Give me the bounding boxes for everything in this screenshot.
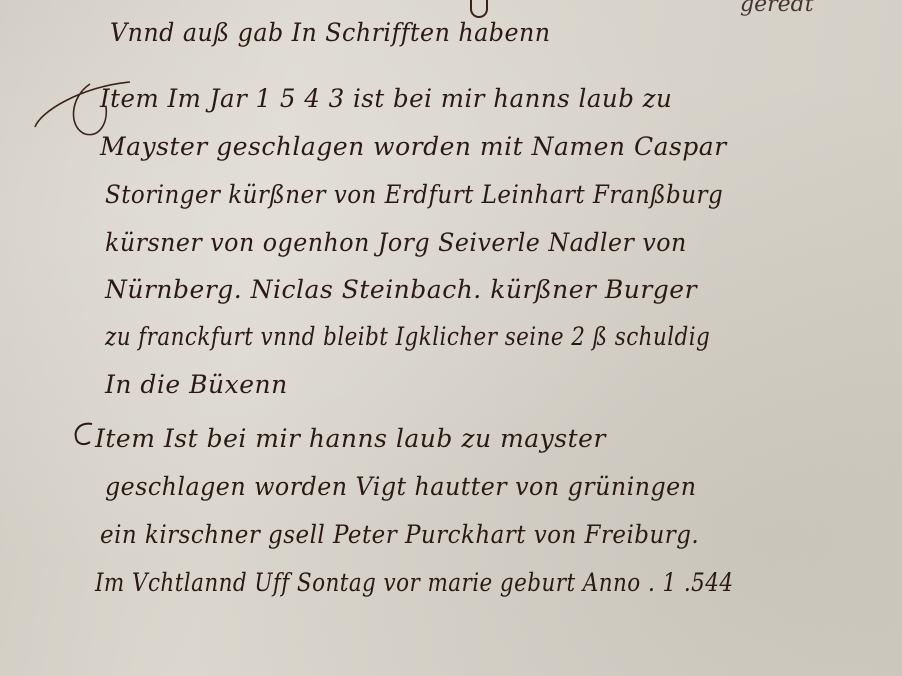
manuscript-line-10: geschlagen worden Vigt hautter von grüni… <box>105 472 696 501</box>
manuscript-line-2: Item Im Jar 1 5 4 3 ist bei mir hanns la… <box>100 84 672 113</box>
manuscript-line-9: Item Ist bei mir hanns laub zu mayster <box>95 424 606 453</box>
top-cutoff-word: geredt <box>740 0 814 17</box>
manuscript-line-8: In die Büxenn <box>105 370 288 399</box>
top-cutoff-descender <box>470 0 488 18</box>
manuscript-line-6: Nürnberg. Niclas Steinbach. kürßner Burg… <box>105 275 697 304</box>
manuscript-line-5: kürsner von ogenhon Jorg Seiverle Nadler… <box>105 228 687 257</box>
manuscript-line-4: Storinger kürßner von Erdfurt Leinhart F… <box>105 180 723 209</box>
paragraph-bracket-icon <box>72 420 94 448</box>
manuscript-line-3: Mayster geschlagen worden mit Namen Casp… <box>100 132 727 161</box>
manuscript-line-7: zu franckfurt vnnd bleibt Igklicher sein… <box>105 322 710 351</box>
manuscript-line-1: Vnnd auß gab In Schrifften habenn <box>110 18 551 47</box>
manuscript-line-11: ein kirschner gsell Peter Purckhart von … <box>100 520 699 549</box>
manuscript-page: geredt Vnnd auß gab In Schrifften habenn… <box>0 0 902 676</box>
manuscript-line-12: Im Vchtlannd Uff Sontag vor marie geburt… <box>95 568 733 597</box>
